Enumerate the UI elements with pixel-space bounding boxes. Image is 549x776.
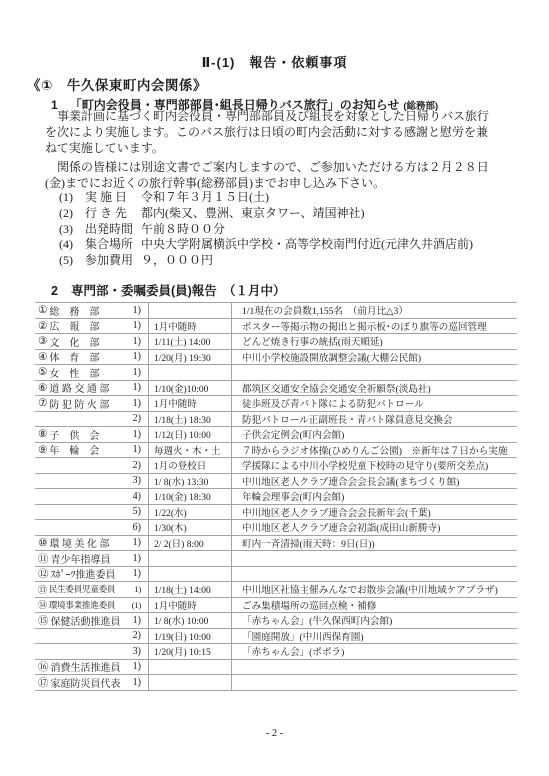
- row-date: [149, 551, 232, 566]
- row-date: 1月中随時: [149, 319, 232, 334]
- row-committee-name: 保健活動推進員: [51, 613, 121, 628]
- row-seq-number: 1): [133, 398, 141, 409]
- row-committee-name: 消費生活推進員: [51, 660, 121, 675]
- row-committee-cell: 2): [35, 412, 149, 427]
- list-item-value: 中央大学附属横浜中学校・高等学校南門付近(元津久井酒店前): [141, 237, 473, 253]
- row-committee-name: 体 育 部: [49, 350, 99, 365]
- notice-detail-list: (1) 実 施 日 令和７年３月１５日(土) (2) 行 き 先 都内(柴又、豊…: [59, 190, 473, 269]
- row-date: 1/19(日) 10:00: [149, 629, 232, 644]
- row-seq-number: 1): [133, 537, 141, 548]
- row-seq-number: 3): [133, 475, 141, 486]
- row-circled-number: ③: [38, 335, 47, 347]
- list-item-number: (1): [59, 190, 85, 206]
- paragraph-line: ねて実施しています。: [45, 141, 515, 157]
- table-row: ⑤ 女 性 部 1): [35, 365, 517, 381]
- row-committee-name: 民生委員児童委員: [49, 583, 115, 595]
- row-description: 「赤ちゃん会」(牛久保西町内会館): [232, 613, 517, 628]
- row-committee-name: 女 性 部: [49, 365, 99, 380]
- list-item-label: 実 施 日: [85, 190, 141, 206]
- table-row: ④ 体 育 部 1) 1/20(月) 19:30 中川小学校施設開放調整会議(大…: [35, 350, 517, 366]
- row-circled-number: ⑮: [38, 613, 49, 628]
- row-description: ７時からラジオ体操(ひめりんご公園) ※新年は７日から実施: [232, 443, 517, 458]
- row-date: [149, 365, 232, 380]
- row-seq-number: 1): [133, 444, 141, 455]
- row-date: 1/18(土) 18:30: [149, 412, 232, 427]
- row-seq-number: 1): [133, 320, 141, 331]
- row-date: 1/20(月) 19:30: [149, 350, 232, 365]
- row-circled-number: ⑥: [38, 382, 47, 394]
- row-committee-name: 青少年指導員: [51, 551, 111, 566]
- row-description: 「園庭開放」(中川西保育園): [232, 629, 517, 644]
- table-row: ⑩ 環 境 美 化 部 1) 2/ 2(日) 8:00 町内一斉清掃(雨天時：9…: [35, 536, 517, 552]
- list-item: (5) 参加費用 ９，０００円: [59, 253, 473, 269]
- row-description: 年輪会理事会(町内会館): [232, 489, 517, 504]
- row-date: 1/ 8(水) 13:30: [149, 474, 232, 489]
- notice-paragraph-1: 事業計画に基づく町内会役員・専門部部員及び組長を対象とした日帰りバス旅行 を次に…: [45, 109, 515, 156]
- list-item-label: 出発時間: [85, 222, 141, 238]
- row-circled-number: ⑫: [38, 567, 49, 582]
- row-date: 1月中随時: [149, 598, 232, 613]
- row-date: 1/ 8(水) 10:00: [149, 613, 232, 628]
- row-circled-number: ⑦: [38, 397, 47, 409]
- row-date: 1/22(水): [149, 505, 232, 520]
- paragraph-line: 事業計画に基づく町内会役員・専門部部員及び組長を対象とした日帰りバス旅行: [45, 109, 515, 125]
- row-committee-cell: ⑥ 道 路 交 通 部 1): [35, 381, 149, 396]
- row-description: 徒歩班及び青パト隊による防犯パトロール: [232, 396, 517, 411]
- list-item-value: 午前８時００分: [141, 222, 473, 238]
- row-seq-number: 1): [133, 367, 141, 378]
- row-committee-cell: ⑬ 民生委員児童委員 1): [35, 582, 149, 597]
- table-row: ⑯ 消費生活推進員 1): [35, 660, 517, 676]
- notice-paragraph-2: 関係の皆様には別途文書でご案内しますので、ご参加いただける方は２月２８日 (金)…: [45, 160, 515, 192]
- row-seq-number: (1): [132, 600, 141, 610]
- table-row: ⑬ 民生委員児童委員 1) 1/18(土) 14:00 中川地区社協主催みんなで…: [35, 582, 517, 598]
- report-table: ① 総 務 部 1) 1/1現在の会員数1,155名 （前月比△3） ② 広 報…: [35, 302, 517, 691]
- row-description: [232, 567, 517, 582]
- row-committee-name: 総 務 部: [49, 303, 99, 318]
- row-seq-number: 1): [134, 584, 141, 594]
- list-item-label: 行 き 先: [85, 206, 141, 222]
- row-seq-number: 1): [133, 336, 141, 347]
- row-date: 毎週火・木・土: [149, 443, 232, 458]
- row-seq-number: 1): [133, 553, 141, 564]
- row-committee-name: 広 報 部: [49, 319, 99, 334]
- row-circled-number: ⑰: [38, 675, 49, 690]
- list-item: (2) 行 き 先 都内(柴又、豊洲、東京タワー、靖国神社): [59, 206, 473, 222]
- row-committee-cell: 3): [35, 644, 149, 659]
- report-section-number: 2: [51, 284, 58, 298]
- row-date: 1月中随時: [149, 396, 232, 411]
- row-circled-number: ⑬: [38, 583, 47, 596]
- row-seq-number: 3): [133, 646, 141, 657]
- row-circled-number: ⑭: [38, 598, 47, 611]
- row-seq-number: 1): [133, 305, 141, 316]
- list-item: (3) 出発時間 午前８時００分: [59, 222, 473, 238]
- report-section-title: 専門部・委嘱委員(員)報告 （１月中）: [71, 284, 286, 298]
- row-description: 中川小学校施設開放調整会議(大棚公民館): [232, 350, 517, 365]
- row-description: [232, 365, 517, 380]
- table-row: ⑫ ｽﾎﾟｰﾂ推進委員 1): [35, 567, 517, 583]
- table-row: 3) 1/ 8(水) 13:30 中川地区老人クラブ連合会会長会議(まちづくり館…: [35, 474, 517, 490]
- row-date: 1/10(金)10:00: [149, 381, 232, 396]
- table-row: ⑰ 家庭防災員代表 1): [35, 675, 517, 691]
- row-description: 「赤ちゃん会」(ポポラ): [232, 644, 517, 659]
- row-committee-name: 環境事業推進委員: [49, 599, 115, 611]
- row-description: [232, 660, 517, 675]
- row-committee-cell: ⑮ 保健活動推進員 1): [35, 613, 149, 628]
- row-seq-number: 5): [133, 506, 141, 517]
- table-row: ⑭ 環境事業推進委員 (1) 1月中随時 ごみ集積場所の巡回点検・補修: [35, 598, 517, 614]
- list-item-value: 令和７年３月１５日(土): [141, 190, 473, 206]
- row-date: 1/10(金) 18:30: [149, 489, 232, 504]
- row-circled-number: ⑯: [38, 660, 49, 675]
- row-committee-cell: ④ 体 育 部 1): [35, 350, 149, 365]
- list-item-number: (3): [59, 222, 85, 238]
- row-circled-number: ⑨: [38, 444, 47, 456]
- table-row: ⑨ 年 輪 会 1) 毎週火・木・土 ７時からラジオ体操(ひめりんご公園) ※新…: [35, 443, 517, 459]
- list-item-value: 都内(柴又、豊洲、東京タワー、靖国神社): [141, 206, 473, 222]
- row-description: 中川地区老人クラブ連合会初詣(成田山新勝寺): [232, 520, 517, 535]
- row-committee-name: 年 輪 会: [49, 443, 99, 458]
- row-seq-number: 2): [133, 413, 141, 424]
- row-seq-number: 1): [133, 677, 141, 688]
- row-committee-name: 環 境 美 化 部: [49, 536, 109, 551]
- table-row: ⑪ 青少年指導員 1): [35, 551, 517, 567]
- row-committee-name: 防 犯 防 火 部: [49, 396, 109, 411]
- list-item-value: ９，０００円: [141, 253, 473, 269]
- row-committee-cell: 4): [35, 489, 149, 504]
- row-date: 1/11(土) 14:00: [149, 334, 232, 349]
- row-description: ポスター等掲示物の掲出と掲示板･のぼり旗等の巡回管理: [232, 319, 517, 334]
- row-committee-name: 子 供 会: [49, 427, 99, 442]
- row-circled-number: ⑪: [38, 551, 49, 566]
- row-committee-cell: ⑦ 防 犯 防 火 部 1): [35, 396, 149, 411]
- row-committee-cell: 2): [35, 629, 149, 644]
- row-description: 町内一斉清掃(雨天時：9日(日)): [232, 536, 517, 551]
- row-date: 1/12(日) 10:00: [149, 427, 232, 442]
- row-committee-cell: 2): [35, 458, 149, 473]
- row-circled-number: ②: [38, 320, 47, 332]
- table-row: 3) 1/20(月) 10:15 「赤ちゃん会」(ポポラ): [35, 644, 517, 660]
- row-date: 2/ 2(日) 8:00: [149, 536, 232, 551]
- row-date: 1月の登校日: [149, 458, 232, 473]
- row-committee-name: ｽﾎﾟｰﾂ推進委員: [51, 567, 116, 582]
- list-item-number: (2): [59, 206, 85, 222]
- row-committee-cell: ⑧ 子 供 会 1): [35, 427, 149, 442]
- row-description: どんど焼き行事の統括(雨天順延): [232, 334, 517, 349]
- page-number: - 2 -: [0, 728, 549, 739]
- row-seq-number: 4): [133, 491, 141, 502]
- row-committee-cell: ⑨ 年 輪 会 1): [35, 443, 149, 458]
- table-row: ⑮ 保健活動推進員 1) 1/ 8(水) 10:00 「赤ちゃん会」(牛久保西町…: [35, 613, 517, 629]
- row-description: [232, 551, 517, 566]
- row-committee-cell: ③ 文 化 部 1): [35, 334, 149, 349]
- row-committee-cell: ⑩ 環 境 美 化 部 1): [35, 536, 149, 551]
- list-item-label: 集合場所: [85, 237, 141, 253]
- row-circled-number: ⑩: [38, 537, 47, 549]
- table-row: ① 総 務 部 1) 1/1現在の会員数1,155名 （前月比△3）: [35, 303, 517, 319]
- row-committee-cell: ② 広 報 部 1): [35, 319, 149, 334]
- row-seq-number: 6): [133, 522, 141, 533]
- row-seq-number: 1): [133, 382, 141, 393]
- row-seq-number: 1): [133, 429, 141, 440]
- row-seq-number: 2): [133, 630, 141, 641]
- row-description: 都筑区交通安全協会交通安全祈願祭(淡島社): [232, 381, 517, 396]
- row-description: 学援隊による中川小学校児童下校時の見守り(要所交差点): [232, 458, 517, 473]
- list-item-number: (5): [59, 253, 85, 269]
- row-date: 1/18(土) 14:00: [149, 582, 232, 597]
- row-committee-cell: ⑪ 青少年指導員 1): [35, 551, 149, 566]
- row-seq-number: 1): [133, 351, 141, 362]
- row-description: 中川地区老人クラブ連合会会長会議(まちづくり館): [232, 474, 517, 489]
- row-date: [149, 675, 232, 690]
- row-committee-cell: ⑫ ｽﾎﾟｰﾂ推進委員 1): [35, 567, 149, 582]
- row-committee-cell: ⑤ 女 性 部 1): [35, 365, 149, 380]
- table-row: 5) 1/22(水) 中川地区老人クラブ連合会会長新年会(千葉): [35, 505, 517, 521]
- row-committee-name: 家庭防災員代表: [51, 675, 121, 690]
- table-row: 2) 1月の登校日 学援隊による中川小学校児童下校時の見守り(要所交差点): [35, 458, 517, 474]
- row-circled-number: ①: [38, 304, 47, 316]
- row-description: 中川地区社協主催みんなでお散歩会議(中川地域ケアプラザ): [232, 582, 517, 597]
- row-seq-number: 1): [133, 615, 141, 626]
- row-date: [149, 303, 232, 318]
- row-description: ごみ集積場所の巡回点検・補修: [232, 598, 517, 613]
- table-row: 2) 1/18(土) 18:30 防犯パトロール正副班長・青パト隊員意見交換会: [35, 412, 517, 428]
- row-date: [149, 567, 232, 582]
- row-description: [232, 675, 517, 690]
- row-date: [149, 660, 232, 675]
- row-committee-cell: ⑯ 消費生活推進員 1): [35, 660, 149, 675]
- row-seq-number: 1): [133, 568, 141, 579]
- row-description: 子供会定例会(町内会館): [232, 427, 517, 442]
- report-section-heading: 2専門部・委嘱委員(員)報告 （１月中）: [51, 281, 286, 299]
- section-1-heading: 《① 牛久保東町内会関係》: [27, 74, 207, 94]
- row-description: 中川地区老人クラブ連合会会長新年会(千葉): [232, 505, 517, 520]
- row-committee-cell: ① 総 務 部 1): [35, 303, 149, 318]
- row-seq-number: 2): [133, 460, 141, 471]
- list-item: (1) 実 施 日 令和７年３月１５日(土): [59, 190, 473, 206]
- table-row: ⑥ 道 路 交 通 部 1) 1/10(金)10:00 都筑区交通安全協会交通安…: [35, 381, 517, 397]
- row-date: 1/30(木): [149, 520, 232, 535]
- document-page: Ⅱ-(1) 報告・依頼事項 《① 牛久保東町内会関係》 1「町内会役員・専門部部…: [0, 0, 549, 776]
- table-row: 6) 1/30(木) 中川地区老人クラブ連合会初詣(成田山新勝寺): [35, 520, 517, 536]
- row-seq-number: 1): [133, 661, 141, 672]
- row-circled-number: ⑤: [38, 366, 47, 378]
- table-row: ② 広 報 部 1) 1月中随時 ポスター等掲示物の掲出と掲示板･のぼり旗等の巡…: [35, 319, 517, 335]
- row-description: 防犯パトロール正副班長・青パト隊員意見交換会: [232, 412, 517, 427]
- table-row: 4) 1/10(金) 18:30 年輪会理事会(町内会館): [35, 489, 517, 505]
- row-committee-cell: ⑭ 環境事業推進委員 (1): [35, 598, 149, 613]
- row-description: 1/1現在の会員数1,155名 （前月比△3）: [232, 303, 517, 318]
- table-row: ③ 文 化 部 1) 1/11(土) 14:00 どんど焼き行事の統括(雨天順延…: [35, 334, 517, 350]
- list-item-number: (4): [59, 237, 85, 253]
- row-committee-name: 道 路 交 通 部: [49, 381, 109, 396]
- row-circled-number: ⑧: [38, 428, 47, 440]
- row-committee-cell: 3): [35, 474, 149, 489]
- row-committee-cell: 6): [35, 520, 149, 535]
- paragraph-line: を次により実施します。このバス旅行は日頃の町内会活動に対する感謝と慰労を兼: [45, 125, 515, 141]
- table-row: 2) 1/19(日) 10:00 「園庭開放」(中川西保育園): [35, 629, 517, 645]
- page-title: Ⅱ-(1) 報告・依頼事項: [0, 52, 549, 71]
- list-item: (4) 集合場所 中央大学附属横浜中学校・高等学校南門付近(元津久井酒店前): [59, 237, 473, 253]
- row-committee-cell: ⑰ 家庭防災員代表 1): [35, 675, 149, 690]
- list-item-label: 参加費用: [85, 253, 141, 269]
- row-circled-number: ④: [38, 351, 47, 363]
- table-row: ⑧ 子 供 会 1) 1/12(日) 10:00 子供会定例会(町内会館): [35, 427, 517, 443]
- table-row: ⑦ 防 犯 防 火 部 1) 1月中随時 徒歩班及び青パト隊による防犯パトロール: [35, 396, 517, 412]
- paragraph-line: 関係の皆様には別途文書でご案内しますので、ご参加いただける方は２月２８日: [45, 160, 515, 176]
- row-committee-name: 文 化 部: [49, 334, 99, 349]
- row-committee-cell: 5): [35, 505, 149, 520]
- row-date: 1/20(月) 10:15: [149, 644, 232, 659]
